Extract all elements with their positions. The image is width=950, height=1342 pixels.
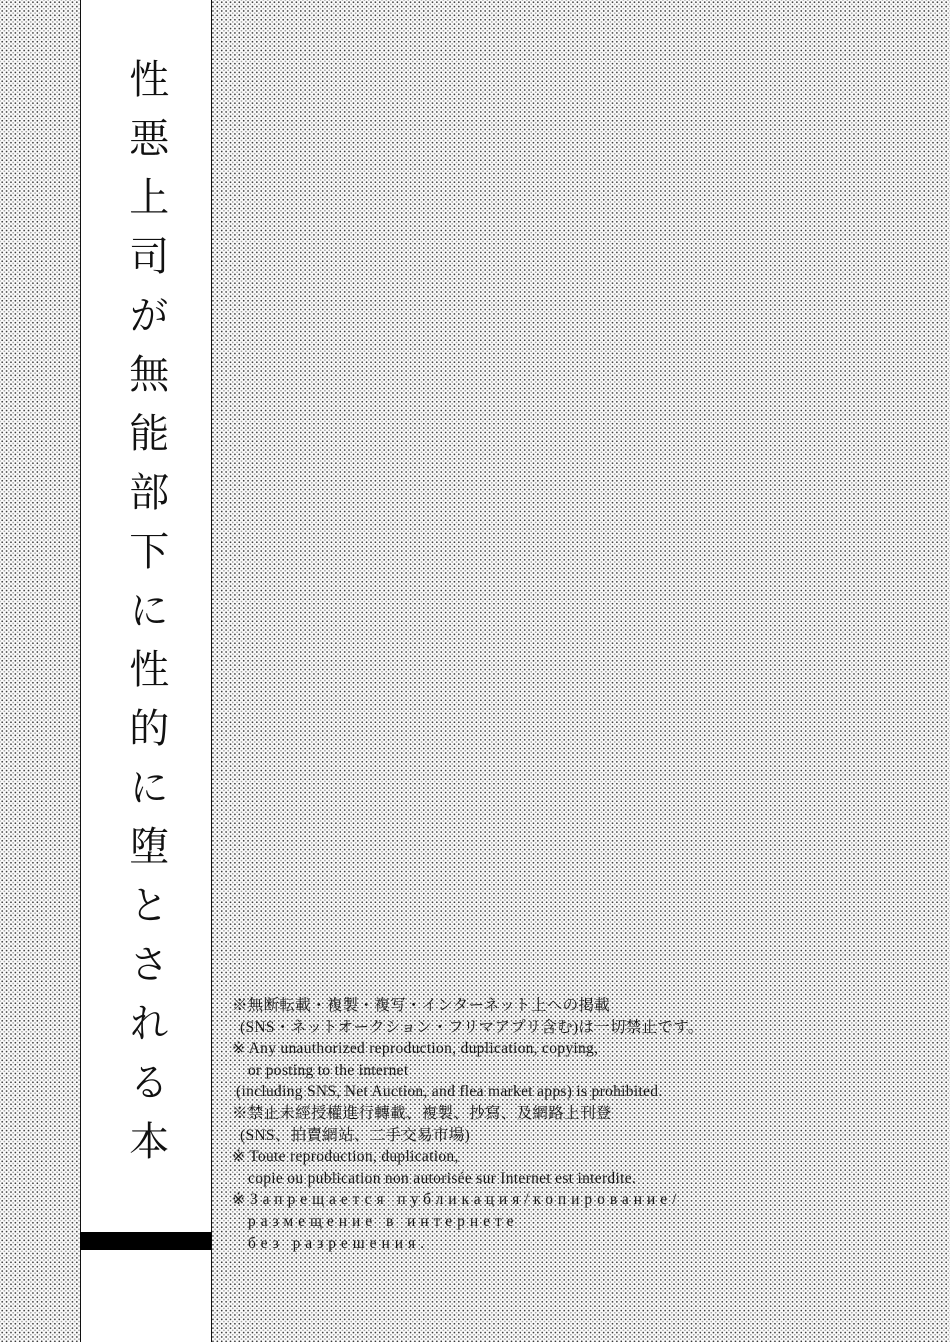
page-background: 性悪上司が無能部下に性的に堕とされる本 ※無断転載・複製・複写・インターネット上… (0, 0, 950, 1342)
copyright-notice: ※無断転載・複製・複写・インターネット上への掲載 (SNS・ネットオークション・… (232, 995, 932, 1254)
notice-line-ru-1: ※Запрещается публикация/копирование/ (232, 1189, 932, 1211)
notice-line-fr-1: ※ Toute reproduction, duplication, (232, 1146, 932, 1168)
notice-line-en-2: or posting to the internet (232, 1060, 932, 1082)
notice-line-zh-2: (SNS、拍賣網站、二手交易市場) (232, 1125, 932, 1147)
book-title-vertical: 性悪上司が無能部下に性的に堕とされる本 (126, 58, 166, 1179)
notice-line-ru-2: размещение в интернете (232, 1211, 932, 1233)
notice-line-fr-2: copie ou publication non autorisée sur I… (232, 1168, 932, 1190)
notice-line-ja-2: (SNS・ネットオークション・フリマアプリ含む)は一切禁止です。 (232, 1017, 932, 1039)
title-strip: 性悪上司が無能部下に性的に堕とされる本 (80, 58, 212, 1179)
notice-line-en-3: (including SNS, Net Auction, and flea ma… (232, 1081, 932, 1103)
spine-black-bar (80, 1232, 212, 1250)
notice-line-ja-1: ※無断転載・複製・複写・インターネット上への掲載 (232, 995, 932, 1017)
notice-line-en-1: ※ Any unauthorized reproduction, duplica… (232, 1038, 932, 1060)
notice-line-ru-3: без разрешения. (232, 1233, 932, 1255)
notice-line-zh-1: ※禁止未經授權進行轉載、複製、抄寫、及網路上刊登 (232, 1103, 932, 1125)
